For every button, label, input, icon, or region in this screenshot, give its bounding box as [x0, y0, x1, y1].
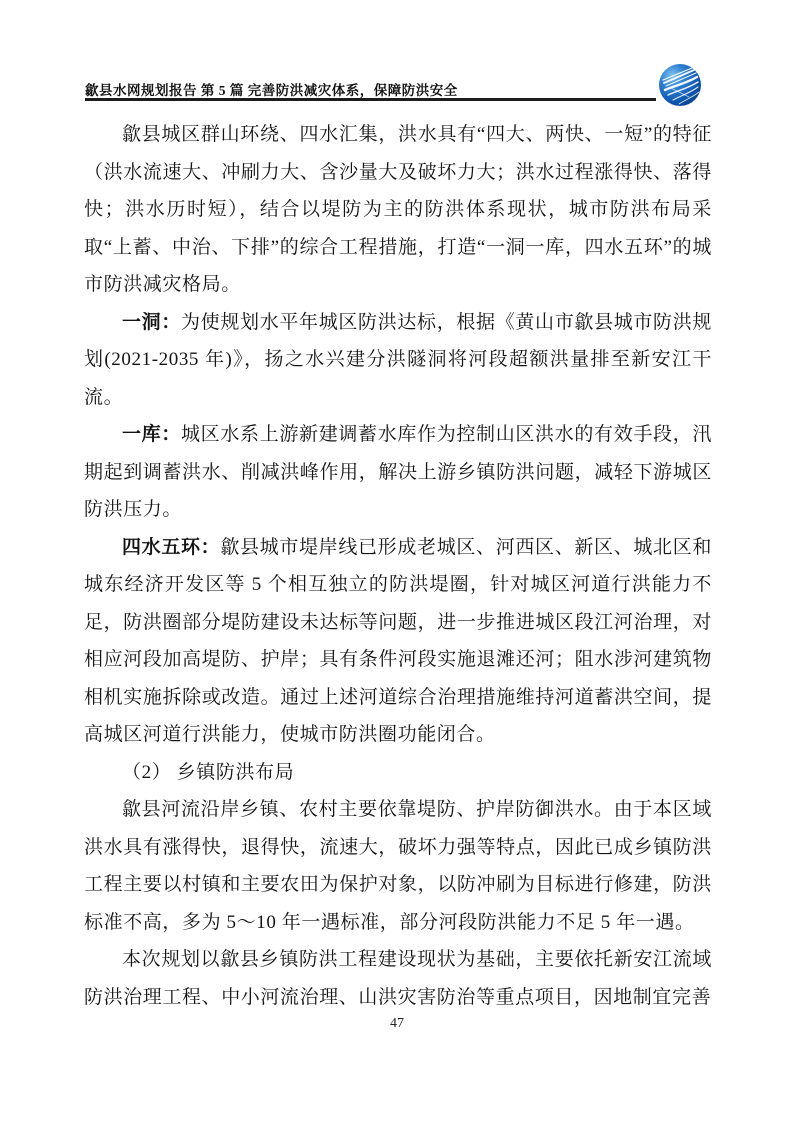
- paragraph-lead: 四水五环：: [122, 537, 220, 558]
- page-number: 47: [0, 1016, 794, 1032]
- paragraph-lead: 一库：: [122, 424, 181, 445]
- header-rule: [85, 98, 656, 101]
- paragraph-text: （2） 乡镇防洪布局: [122, 762, 294, 783]
- paragraph-planning-basis: 本次规划以歙县乡镇防洪工程建设现状为基础，主要依托新安江流域防洪治理工程、中小河…: [84, 941, 712, 1016]
- heading-township-flood-layout: （2） 乡镇防洪布局: [84, 754, 712, 792]
- paragraph-text: 本次规划以歙县乡镇防洪工程建设现状为基础，主要依托新安江流域防洪治理工程、中小河…: [84, 949, 712, 1008]
- water-globe-logo-icon: [659, 64, 701, 106]
- document-body: 歙县城区群山环绕、四水汇集，洪水具有“四大、两快、一短”的特征（洪水流速大、冲刷…: [84, 116, 712, 1016]
- paragraph-lead: 一洞：: [122, 312, 181, 333]
- document-page: 歙县水网规划报告 第 5 篇 完善防洪减灾体系，保障防洪安全: [0, 0, 794, 1122]
- paragraph-one-tunnel: 一洞：为使规划水平年城区防洪达标，根据《黄山市歙县城市防洪规划(2021-203…: [84, 304, 712, 417]
- paragraph-city-flood-overview: 歙县城区群山环绕、四水汇集，洪水具有“四大、两快、一短”的特征（洪水流速大、冲刷…: [84, 116, 712, 304]
- paragraph-text: 歙县城区群山环绕、四水汇集，洪水具有“四大、两快、一短”的特征（洪水流速大、冲刷…: [84, 124, 712, 295]
- paragraph-township-status: 歙县河流沿岸乡镇、农村主要依靠堤防、护岸防御洪水。由于本区域洪水具有涨得快，退得…: [84, 791, 712, 941]
- paragraph-four-waters-five-rings: 四水五环：歙县城市堤岸线已形成老城区、河西区、新区、城北区和城东经济开发区等 5…: [84, 529, 712, 754]
- paragraph-text: 歙县城市堤岸线已形成老城区、河西区、新区、城北区和城东经济开发区等 5 个相互独…: [84, 537, 712, 746]
- paragraph-one-reservoir: 一库：城区水系上游新建调蓄水库作为控制山区洪水的有效手段，汛期起到调蓄洪水、削减…: [84, 416, 712, 529]
- paragraph-text: 歙县河流沿岸乡镇、农村主要依靠堤防、护岸防御洪水。由于本区域洪水具有涨得快，退得…: [84, 799, 712, 933]
- header-title: 歙县水网规划报告 第 5 篇 完善防洪减灾体系，保障防洪安全: [85, 79, 458, 99]
